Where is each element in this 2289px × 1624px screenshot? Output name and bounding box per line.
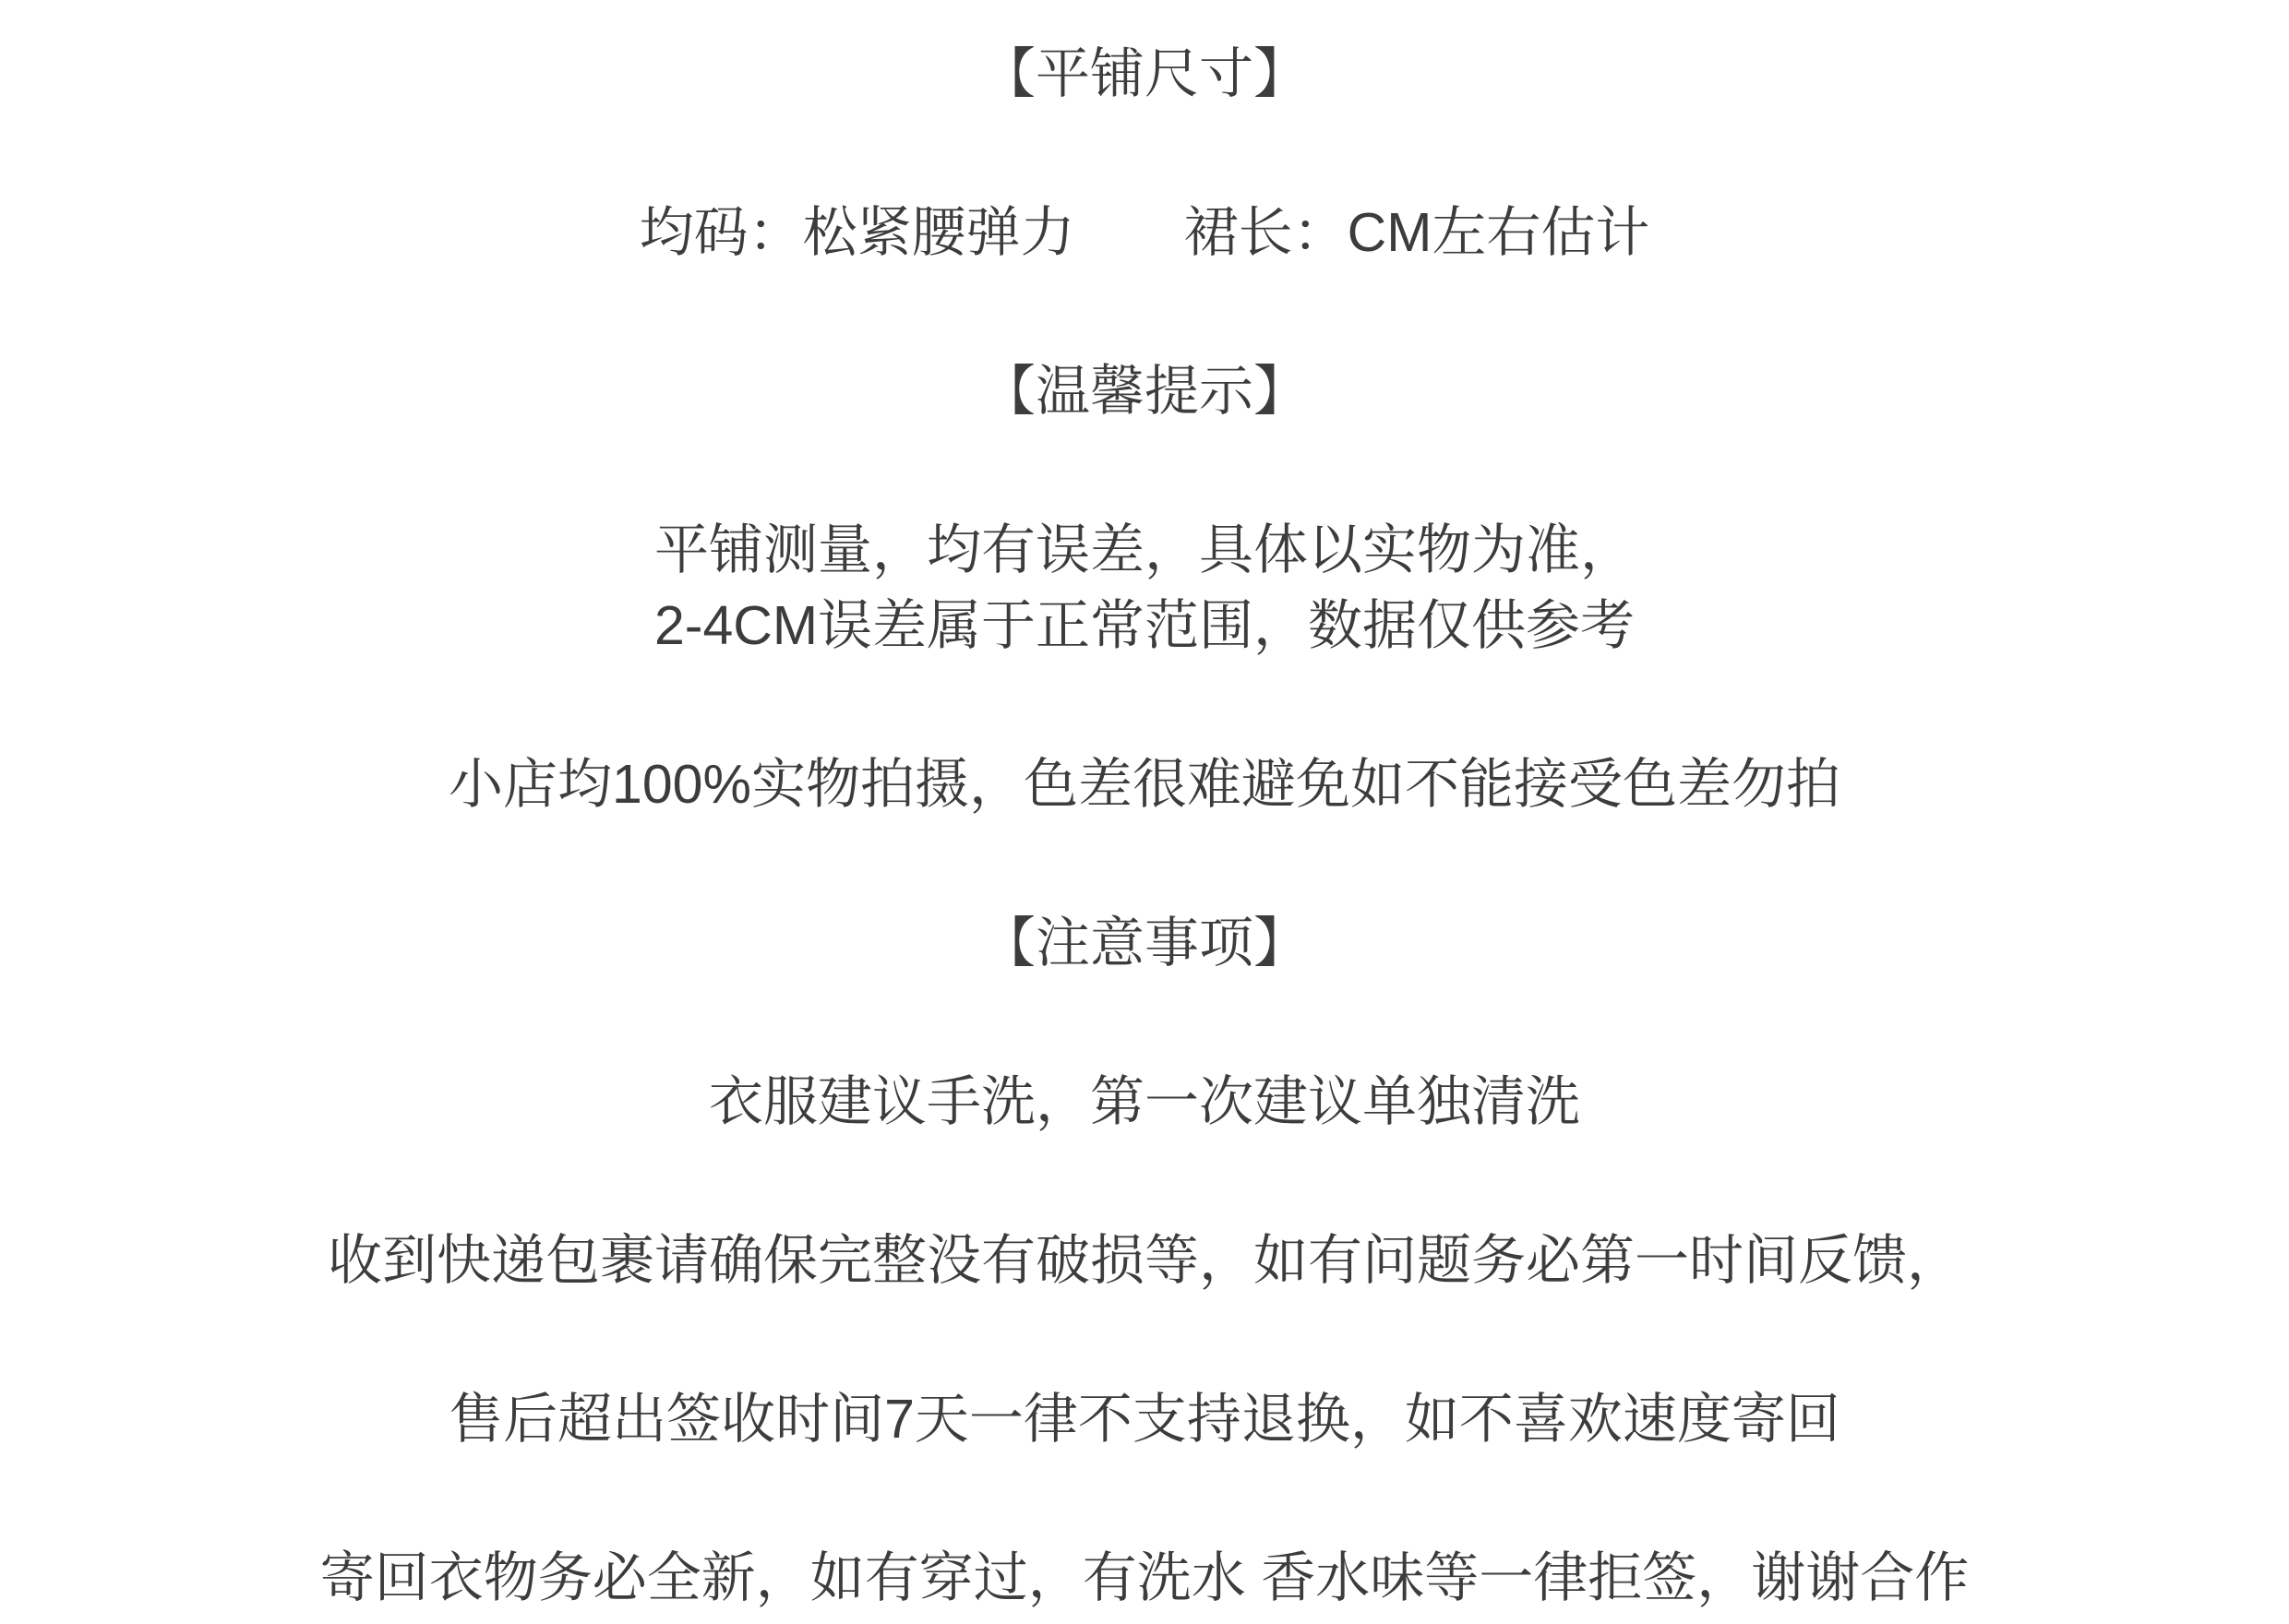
send-back-rule-line: 寄回衣物务必全新，如有穿过，有洗水 香水味等一律拒签，谢谢合作 <box>0 1550 2289 1606</box>
wash-instruction-line: 衣服建议手洗，第一次建议单独清洗 <box>0 1074 2289 1129</box>
tips-measure-error-line1: 平铺测量，均有误差，具体以实物为准， <box>0 522 2289 578</box>
package-check-line: 收到快递包裹请确保完整没有破损等，如有问题务必第一时间反馈， <box>0 1233 2289 1288</box>
photo-color-disclaimer: 小店均100%实物拍摄，色差很难避免如不能接受色差勿拍 <box>0 757 2289 812</box>
product-description-panel: 【平铺尺寸】 均码：松紧腰弹力 裙长：CM左右估计 【温馨提示】 平铺测量，均有… <box>0 0 2289 1624</box>
tips-measure-error-line2: 2-4CM误差属于正常范围，数据仅供参考 <box>0 598 2289 653</box>
size-measurements-line: 均码：松紧腰弹力 裙长：CM左右估计 <box>0 205 2289 260</box>
notice-section-title: 【注意事项】 <box>0 915 2289 971</box>
return-policy-line: 售后超出签收时间7天一律不支持退换，如不喜欢速度寄回 <box>0 1391 2289 1447</box>
size-section-title: 【平铺尺寸】 <box>0 46 2289 101</box>
tips-section-title: 【温馨提示】 <box>0 364 2289 419</box>
